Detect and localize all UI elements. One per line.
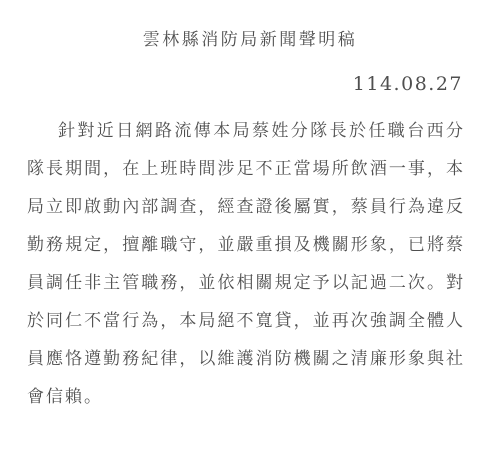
body-paragraph: 針對近日網路流傳本局蔡姓分隊長於任職台西分 隊長期間，在上班時間涉足不正當場所飲… bbox=[27, 112, 463, 416]
paragraph-line: 隊長期間，在上班時間涉足不正當場所飲酒一事，本 bbox=[27, 150, 463, 188]
paragraph-line: 勤務規定，擅離職守，並嚴重損及機關形象，已將蔡 bbox=[27, 226, 463, 264]
paragraph-line: 針對近日網路流傳本局蔡姓分隊長於任職台西分 bbox=[27, 112, 463, 150]
paragraph-line: 會信賴。 bbox=[27, 378, 463, 416]
document-page: 雲林縣消防局新聞聲明稿 114.08.27 針對近日網路流傳本局蔡姓分隊長於任職… bbox=[0, 0, 500, 450]
paragraph-line: 局立即啟動內部調查，經查證後屬實，蔡員行為違反 bbox=[27, 188, 463, 226]
paragraph-line: 員調任非主管職務，並依相關規定予以記過二次。對 bbox=[27, 264, 463, 302]
document-date: 114.08.27 bbox=[353, 73, 463, 95]
paragraph-line: 於同仁不當行為，本局絕不寬貸，並再次強調全體人 bbox=[27, 302, 463, 340]
paragraph-line: 員應恪遵勤務紀律，以維護消防機關之清廉形象與社 bbox=[27, 340, 463, 378]
page-title: 雲林縣消防局新聞聲明稿 bbox=[0, 25, 500, 50]
